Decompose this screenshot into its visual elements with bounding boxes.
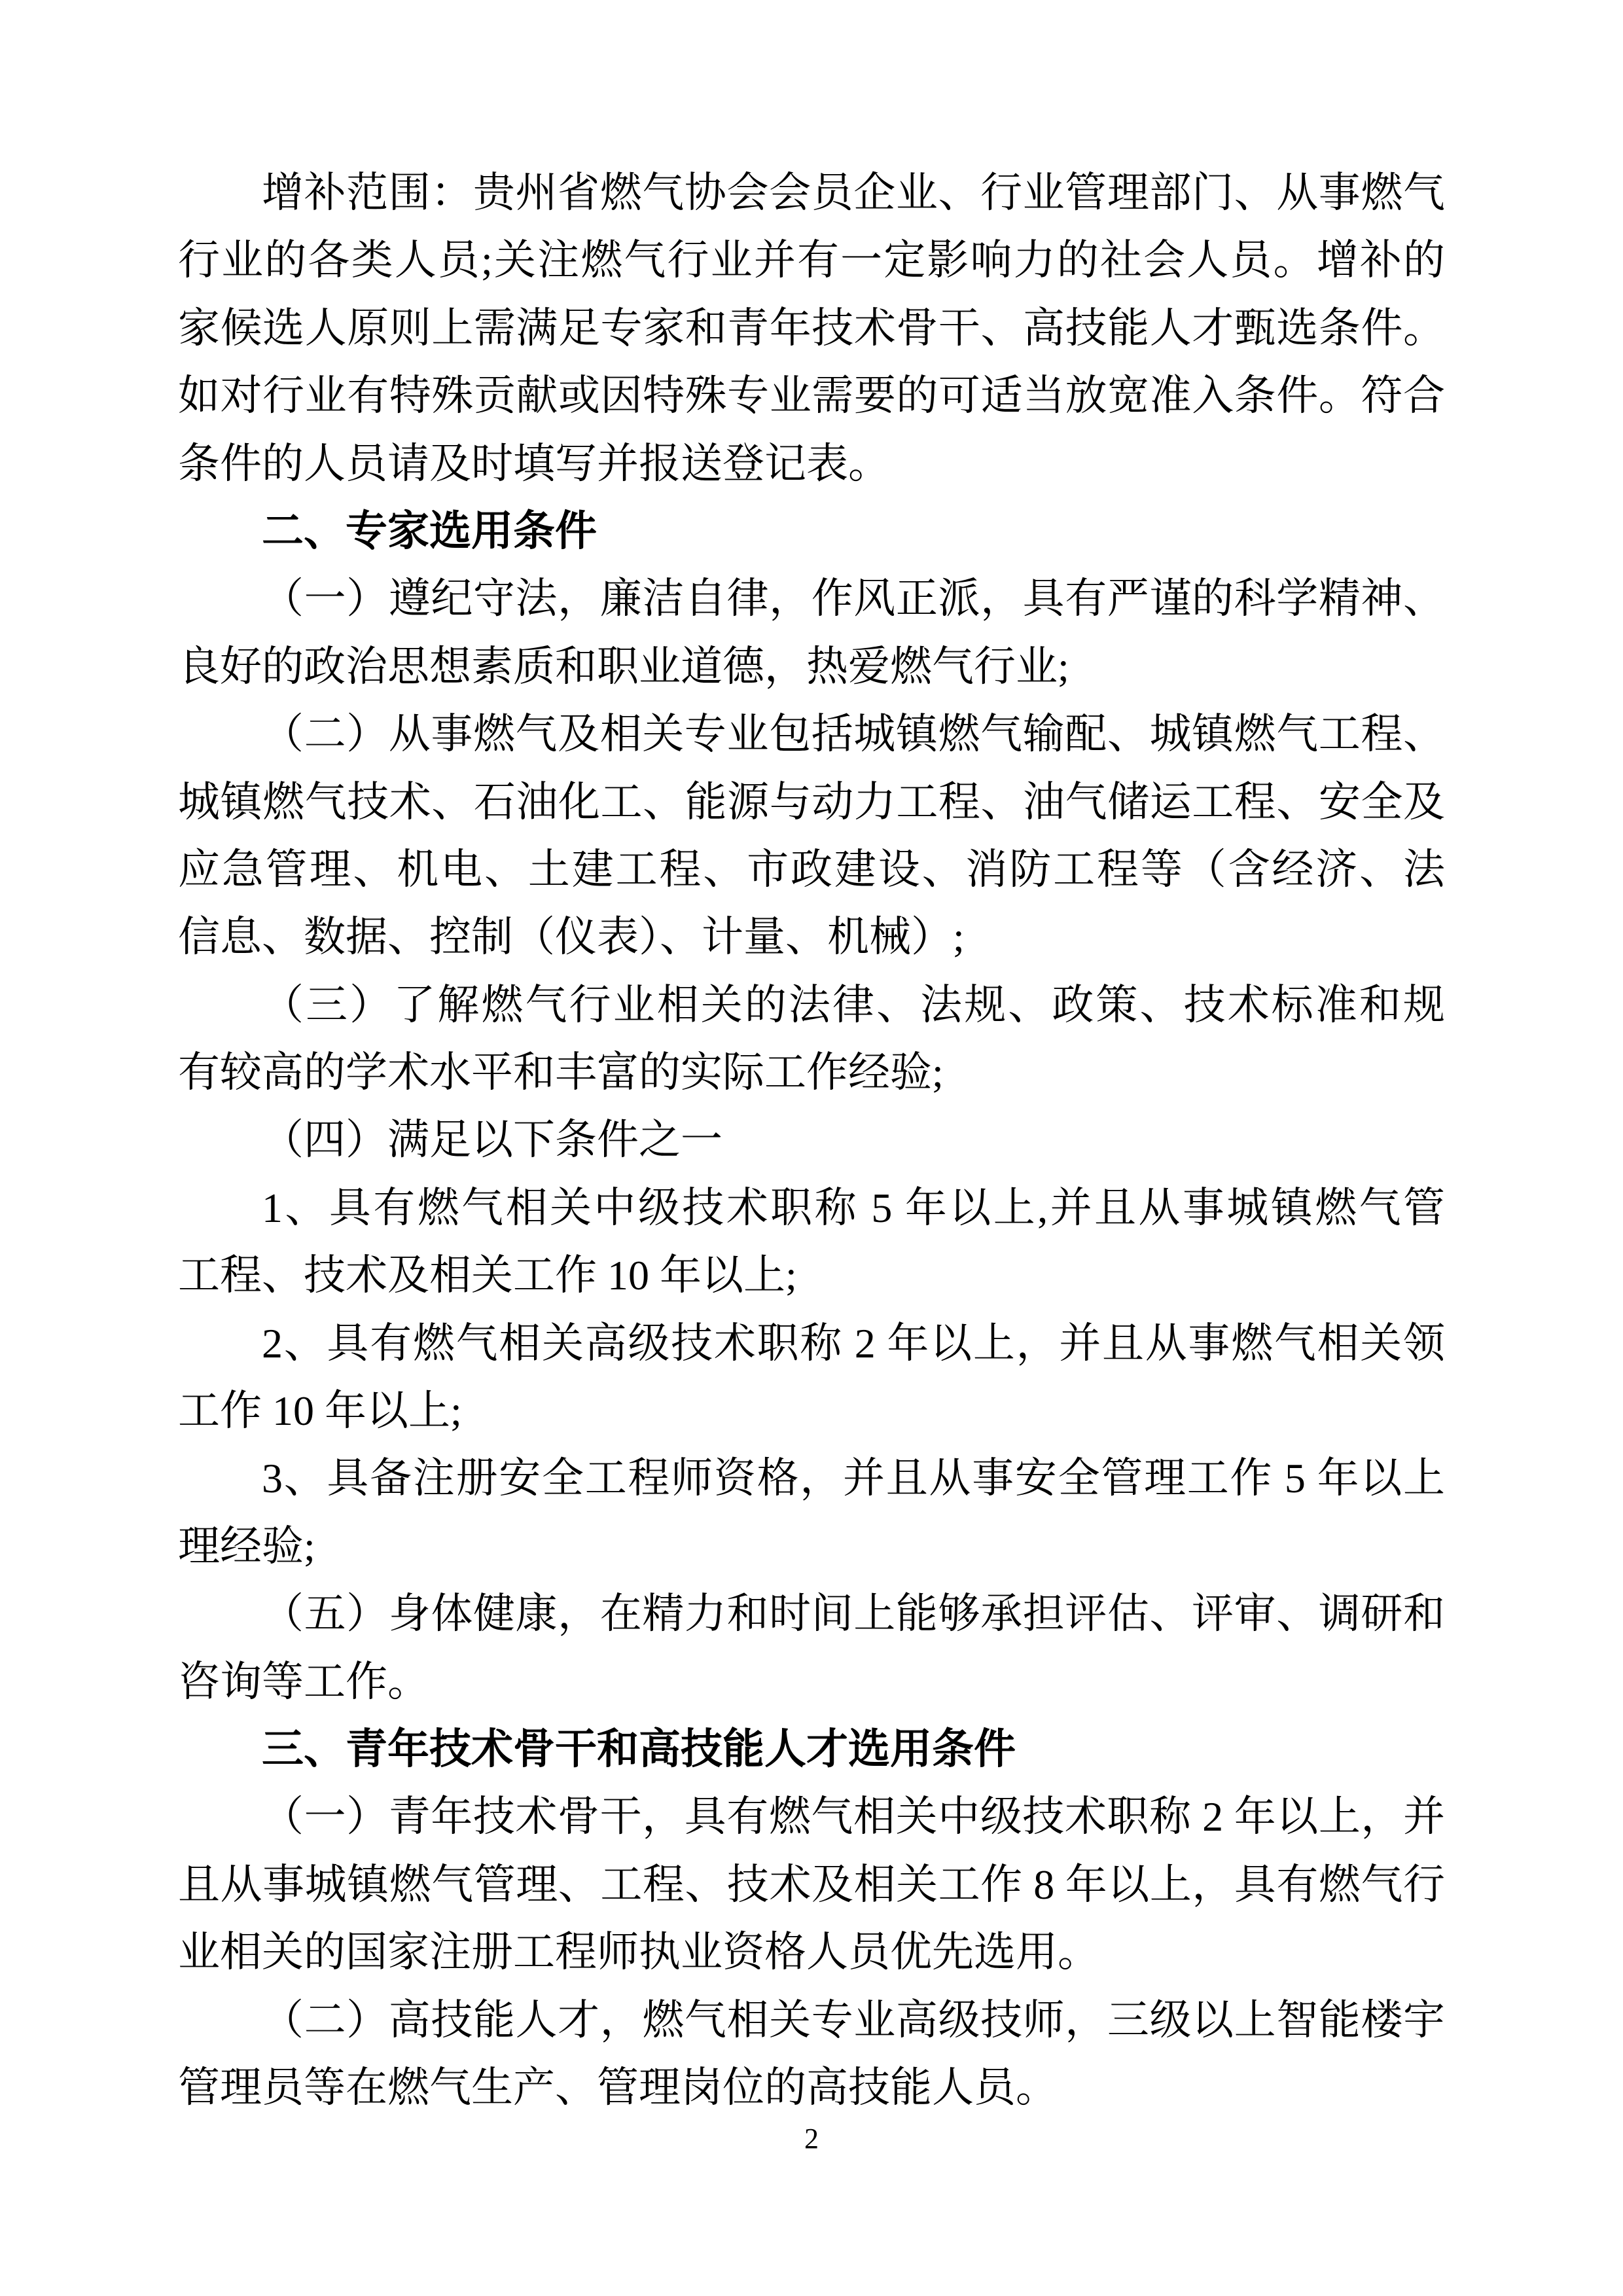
document-body: 增补范围：贵州省燃气协会会员企业、行业管理部门、从事燃气 行业的各类人员;关注燃… [178, 159, 1445, 2121]
page-number: 2 [0, 2119, 1623, 2159]
text-line: 应急管理、机电、土建工程、市政建设、消防工程等（含经济、法律、 [178, 836, 1445, 903]
text-line: 有较高的学术水平和丰富的实际工作经验; [178, 1039, 1445, 1106]
text-line: 1、具有燃气相关中级技术职称 5 年以上,并且从事城镇燃气管理、 [178, 1174, 1445, 1242]
text-line: 增补范围：贵州省燃气协会会员企业、行业管理部门、从事燃气 [178, 159, 1445, 226]
text-line: （一）青年技术骨干，具有燃气相关中级技术职称 2 年以上，并 [178, 1783, 1445, 1850]
text-line: 工程、技术及相关工作 10 年以上; [178, 1242, 1445, 1309]
text-line: （一）遵纪守法，廉洁自律，作风正派，具有严谨的科学精神、 [178, 565, 1445, 632]
text-line: （四）满足以下条件之一 [178, 1106, 1445, 1174]
text-line: （二）从事燃气及相关专业包括城镇燃气输配、城镇燃气工程、 [178, 700, 1445, 768]
text-line: 家候选人原则上需满足专家和青年技术骨干、高技能人才甄选条件。 [178, 295, 1445, 362]
text-line: 咨询等工作。 [178, 1648, 1445, 1715]
heading-section-3: 三、青年技术骨干和高技能人才选用条件 [178, 1715, 1445, 1783]
text-line: 业相关的国家注册工程师执业资格人员优先选用。 [178, 1918, 1445, 1986]
text-line: 信息、数据、控制（仪表）、计量、机械）; [178, 903, 1445, 971]
text-line: 良好的政治思想素质和职业道德，热爱燃气行业; [178, 633, 1445, 700]
text-line: 行业的各类人员;关注燃气行业并有一定影响力的社会人员。增补的专 [178, 226, 1445, 294]
document-page: 增补范围：贵州省燃气协会会员企业、行业管理部门、从事燃气 行业的各类人员;关注燃… [0, 0, 1623, 2296]
text-line: 2、具有燃气相关高级技术职称 2 年以上，并且从事燃气相关领域 [178, 1310, 1445, 1377]
text-line: 城镇燃气技术、石油化工、能源与动力工程、油气储运工程、安全及 [178, 768, 1445, 836]
text-line: （五）身体健康，在精力和时间上能够承担评估、评审、调研和 [178, 1580, 1445, 1647]
text-line: 3、具备注册安全工程师资格，并且从事安全管理工作 5 年以上管 [178, 1444, 1445, 1512]
text-line: 工作 10 年以上; [178, 1377, 1445, 1444]
text-line: 条件的人员请及时填写并报送登记表。 [178, 430, 1445, 497]
text-line: （三）了解燃气行业相关的法律、法规、政策、技术标准和规范; [178, 971, 1445, 1039]
text-line: 如对行业有特殊贡献或因特殊专业需要的可适当放宽准入条件。符合 [178, 362, 1445, 429]
heading-section-2: 二、专家选用条件 [178, 497, 1445, 565]
text-line: （二）高技能人才，燃气相关专业高级技师，三级以上智能楼宇 [178, 1986, 1445, 2054]
text-line: 理经验; [178, 1513, 1445, 1580]
text-line: 管理员等在燃气生产、管理岗位的高技能人员。 [178, 2054, 1445, 2121]
text-line: 且从事城镇燃气管理、工程、技术及相关工作 8 年以上，具有燃气行 [178, 1851, 1445, 1918]
